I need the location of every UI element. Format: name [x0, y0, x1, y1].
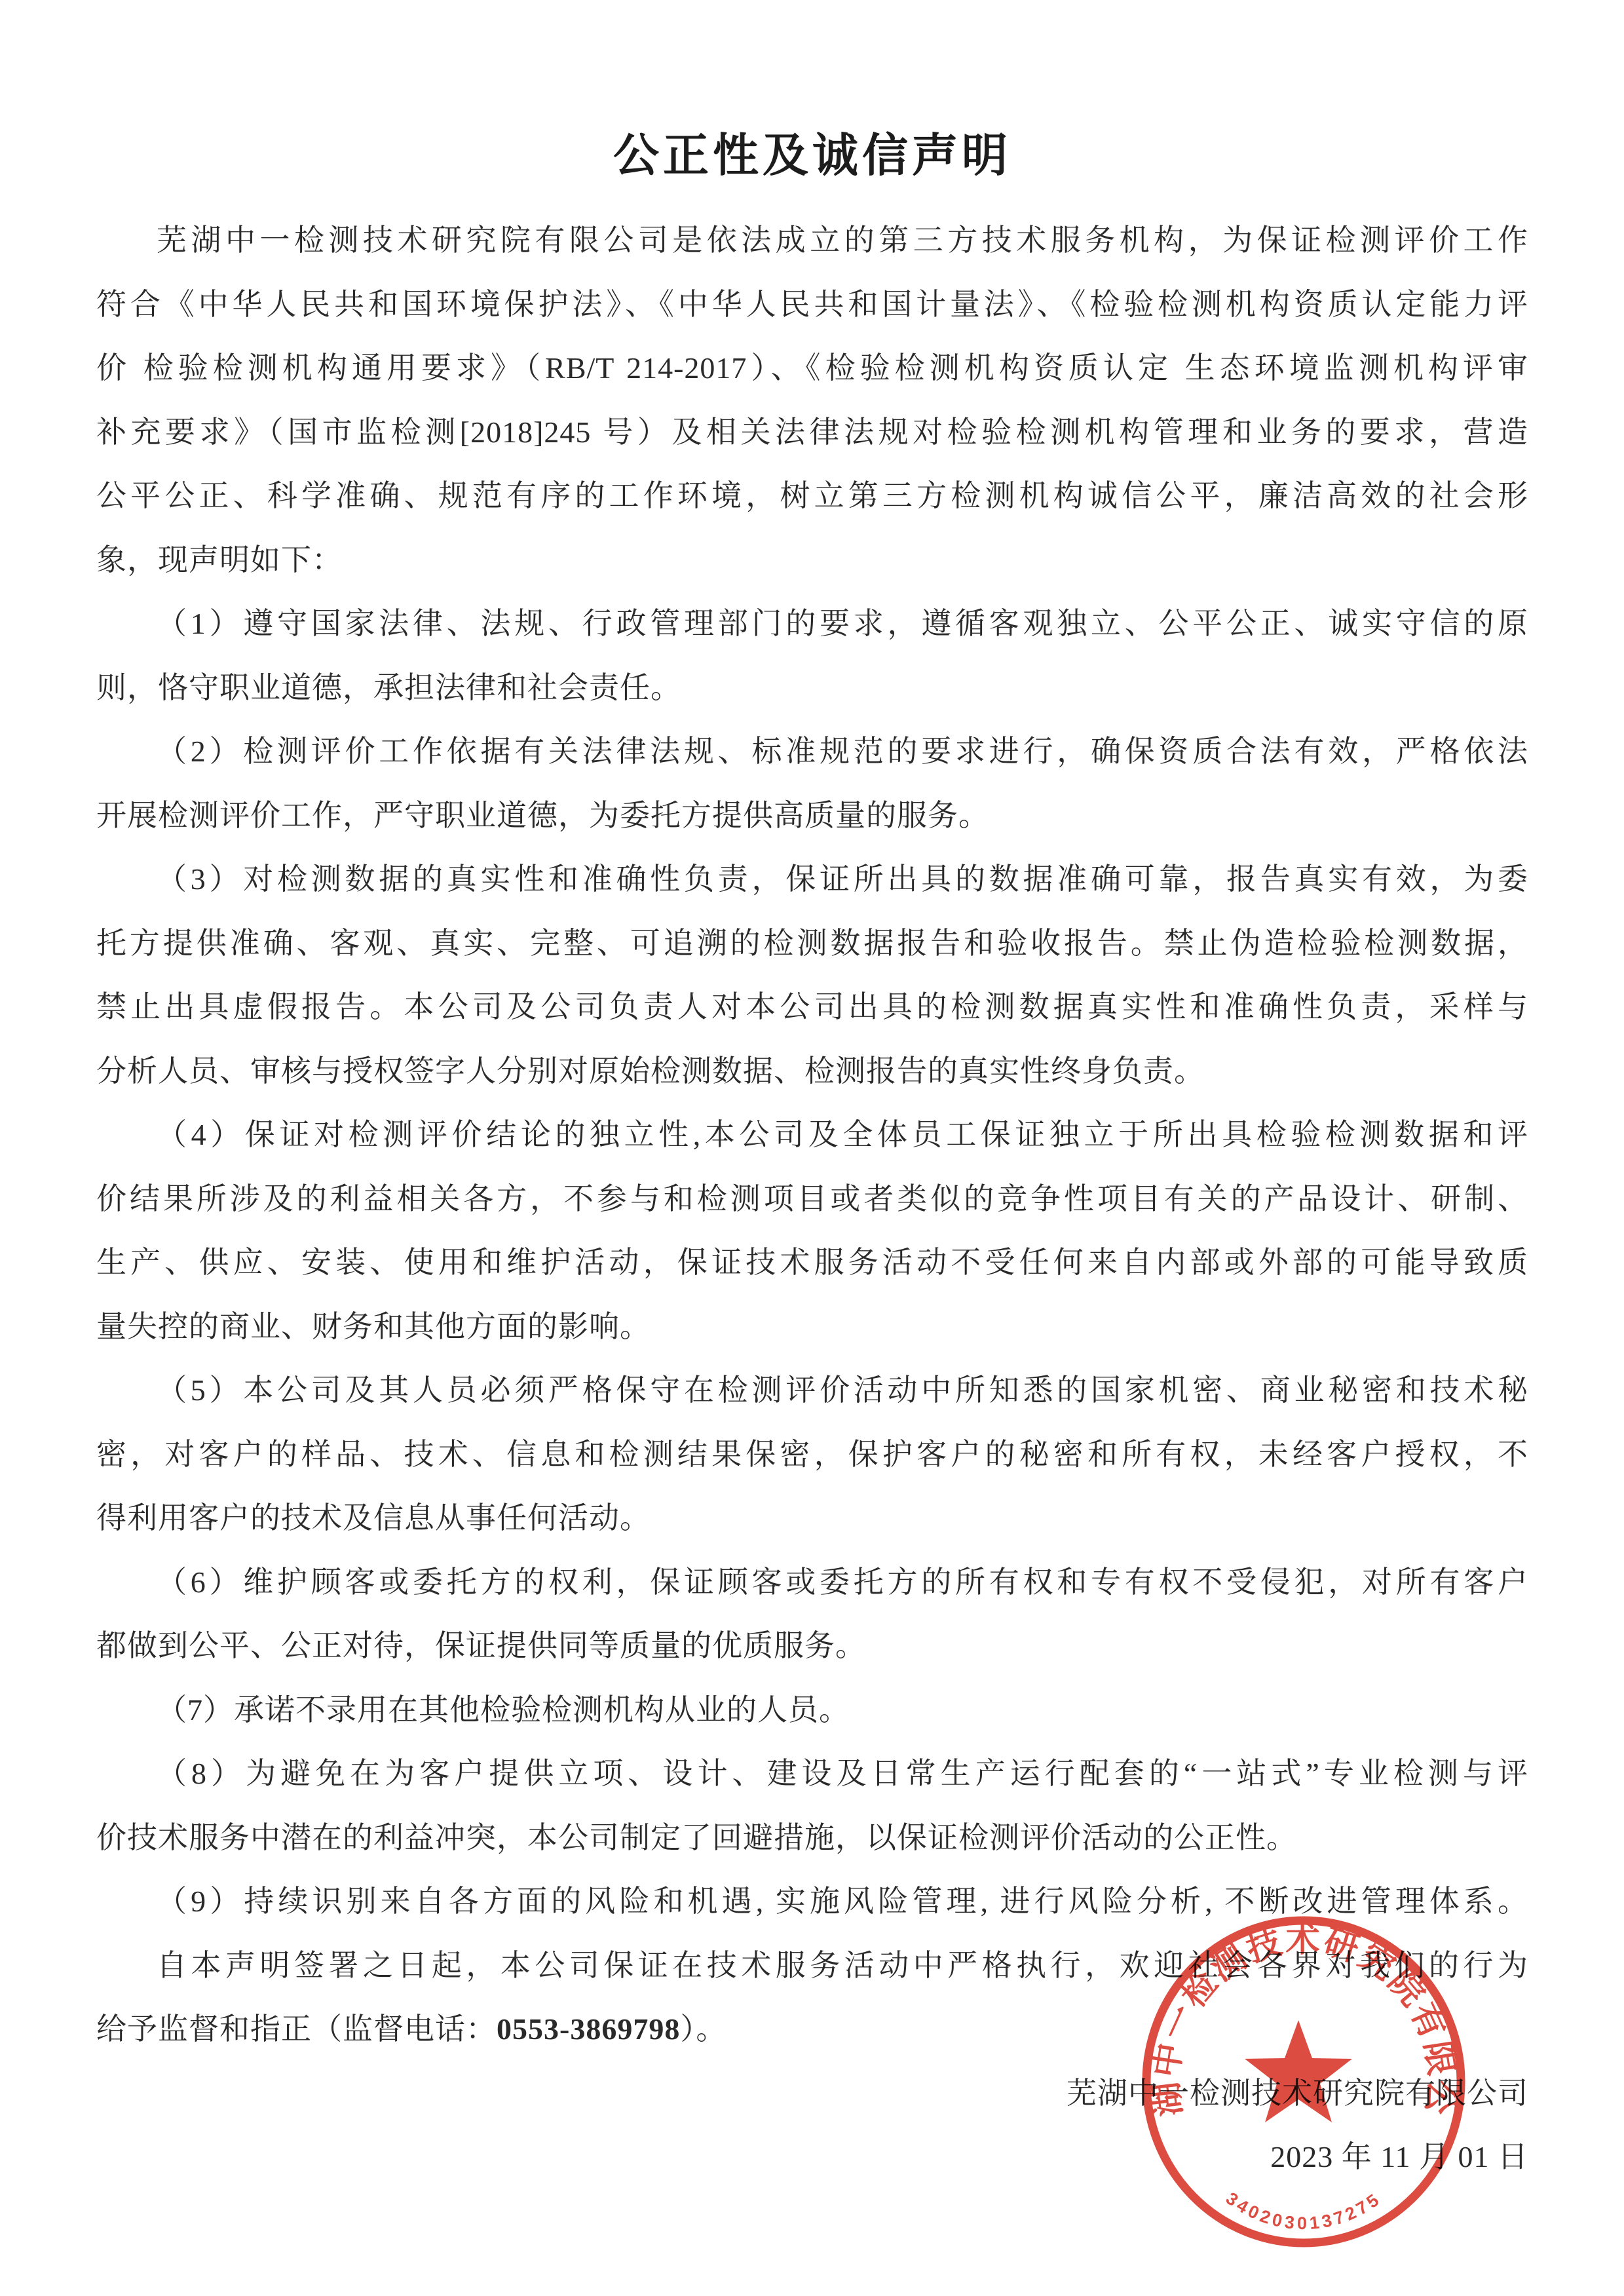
text-line: 分析人员、审核与授权签字人分别对原始检测数据、检测报告的真实性终身负责。 — [96, 1039, 1528, 1103]
text-line: （1）遵守国家法律、法规、行政管理部门的要求，遵循客观独立、公平公正、诚实守信的… — [96, 592, 1528, 656]
text-line: （5）本公司及其人员必须严格保守在检测评价活动中所知悉的国家机密、商业秘密和技术… — [96, 1358, 1528, 1423]
text-line: 象，现声明如下： — [96, 528, 1528, 592]
text-line: 量失控的商业、财务和其他方面的影响。 — [96, 1295, 1528, 1359]
text-line: 密，对客户的样品、技术、信息和检测结果保密，保护客户的秘密和所有权，未经客户授权… — [96, 1423, 1528, 1487]
text-line: 价技术服务中潜在的利益冲突，本公司制定了回避措施，以保证检测评价活动的公正性。 — [96, 1806, 1528, 1870]
text-line: 符合《中华人民共和国环境保护法》、《中华人民共和国计量法》、《检验检测机构资质认… — [96, 273, 1528, 337]
text-line: 补充要求》（国市监检测[2018]245 号）及相关法律法规对检验检测机构管理和… — [96, 400, 1528, 465]
seal-svg: 芜湖中一检测技术研究院有限公司 3402030137275 — [1141, 1915, 1467, 2250]
text-line: （3）对检测数据的真实性和准确性负责，保证所出具的数据准确可靠，报告真实有效，为… — [96, 847, 1528, 911]
document-page: 公正性及诚信声明 芜湖中一检测技术研究院有限公司是依法成立的第三方技术服务机构，… — [0, 0, 1624, 2296]
supervision-phone: 0553-3869798 — [497, 2012, 680, 2046]
page-title: 公正性及诚信声明 — [96, 131, 1528, 182]
text-line: 得利用客户的技术及信息从事任何活动。 — [96, 1486, 1528, 1550]
svg-text:3402030137275: 3402030137275 — [1222, 2189, 1385, 2233]
text-line: （8）为避免在为客户提供立项、设计、建设及日常生产运行配套的“一站式”专业检测与… — [96, 1742, 1528, 1806]
document-body: 芜湖中一检测技术研究院有限公司是依法成立的第三方技术服务机构，为保证检测评价工作… — [96, 208, 1528, 2189]
text-line: （2）检测评价工作依据有关法律法规、标准规范的要求进行，确保资质合法有效，严格依… — [96, 719, 1528, 784]
supervision-text-end: ）。 — [680, 2012, 727, 2046]
text-line: （4）保证对检测评价结论的独立性,本公司及全体员工保证独立于所出具检验检测数据和… — [96, 1103, 1528, 1167]
seal-code-text: 3402030137275 — [1222, 2189, 1385, 2233]
text-line: 开展检测评价工作，严守职业道德，为委托方提供高质量的服务。 — [96, 784, 1528, 848]
star-icon — [1245, 2020, 1352, 2122]
text-line: 芜湖中一检测技术研究院有限公司是依法成立的第三方技术服务机构，为保证检测评价工作 — [96, 208, 1528, 273]
text-line: 生产、供应、安装、使用和维护活动，保证技术服务活动不受任何来自内部或外部的可能导… — [96, 1231, 1528, 1295]
text-line: （6）维护顾客或委托方的权利，保证顾客或委托方的所有权和专有权不受侵犯，对所有客… — [96, 1550, 1528, 1615]
text-line: 公平公正、科学准确、规范有序的工作环境，树立第三方检测机构诚信公平，廉洁高效的社… — [96, 464, 1528, 528]
text-line: 价结果所涉及的利益相关各方，不参与和检测项目或者类似的竞争性项目有关的产品设计、… — [96, 1167, 1528, 1231]
supervision-text: 给予监督和指正（监督电话： — [96, 2012, 497, 2046]
text-line: 都做到公平、公正对待，保证提供同等质量的优质服务。 — [96, 1614, 1528, 1678]
text-line: 价 检验检测机构通用要求》（RB/T 214-2017）、《检验检测机构资质认定… — [96, 336, 1528, 400]
text-line: 禁止出具虚假报告。本公司及公司负责人对本公司出具的检测数据真实性和准确性负责，采… — [96, 975, 1528, 1039]
text-line: 则，恪守职业道德，承担法律和社会责任。 — [96, 656, 1528, 720]
text-line: 托方提供准确、客观、真实、完整、可追溯的检测数据报告和验收报告。禁止伪造检验检测… — [96, 911, 1528, 976]
company-seal-stamp: 芜湖中一检测技术研究院有限公司 3402030137275 — [1141, 1915, 1467, 2250]
text-line: （7）承诺不录用在其他检验检测机构从业的人员。 — [96, 1678, 1528, 1742]
